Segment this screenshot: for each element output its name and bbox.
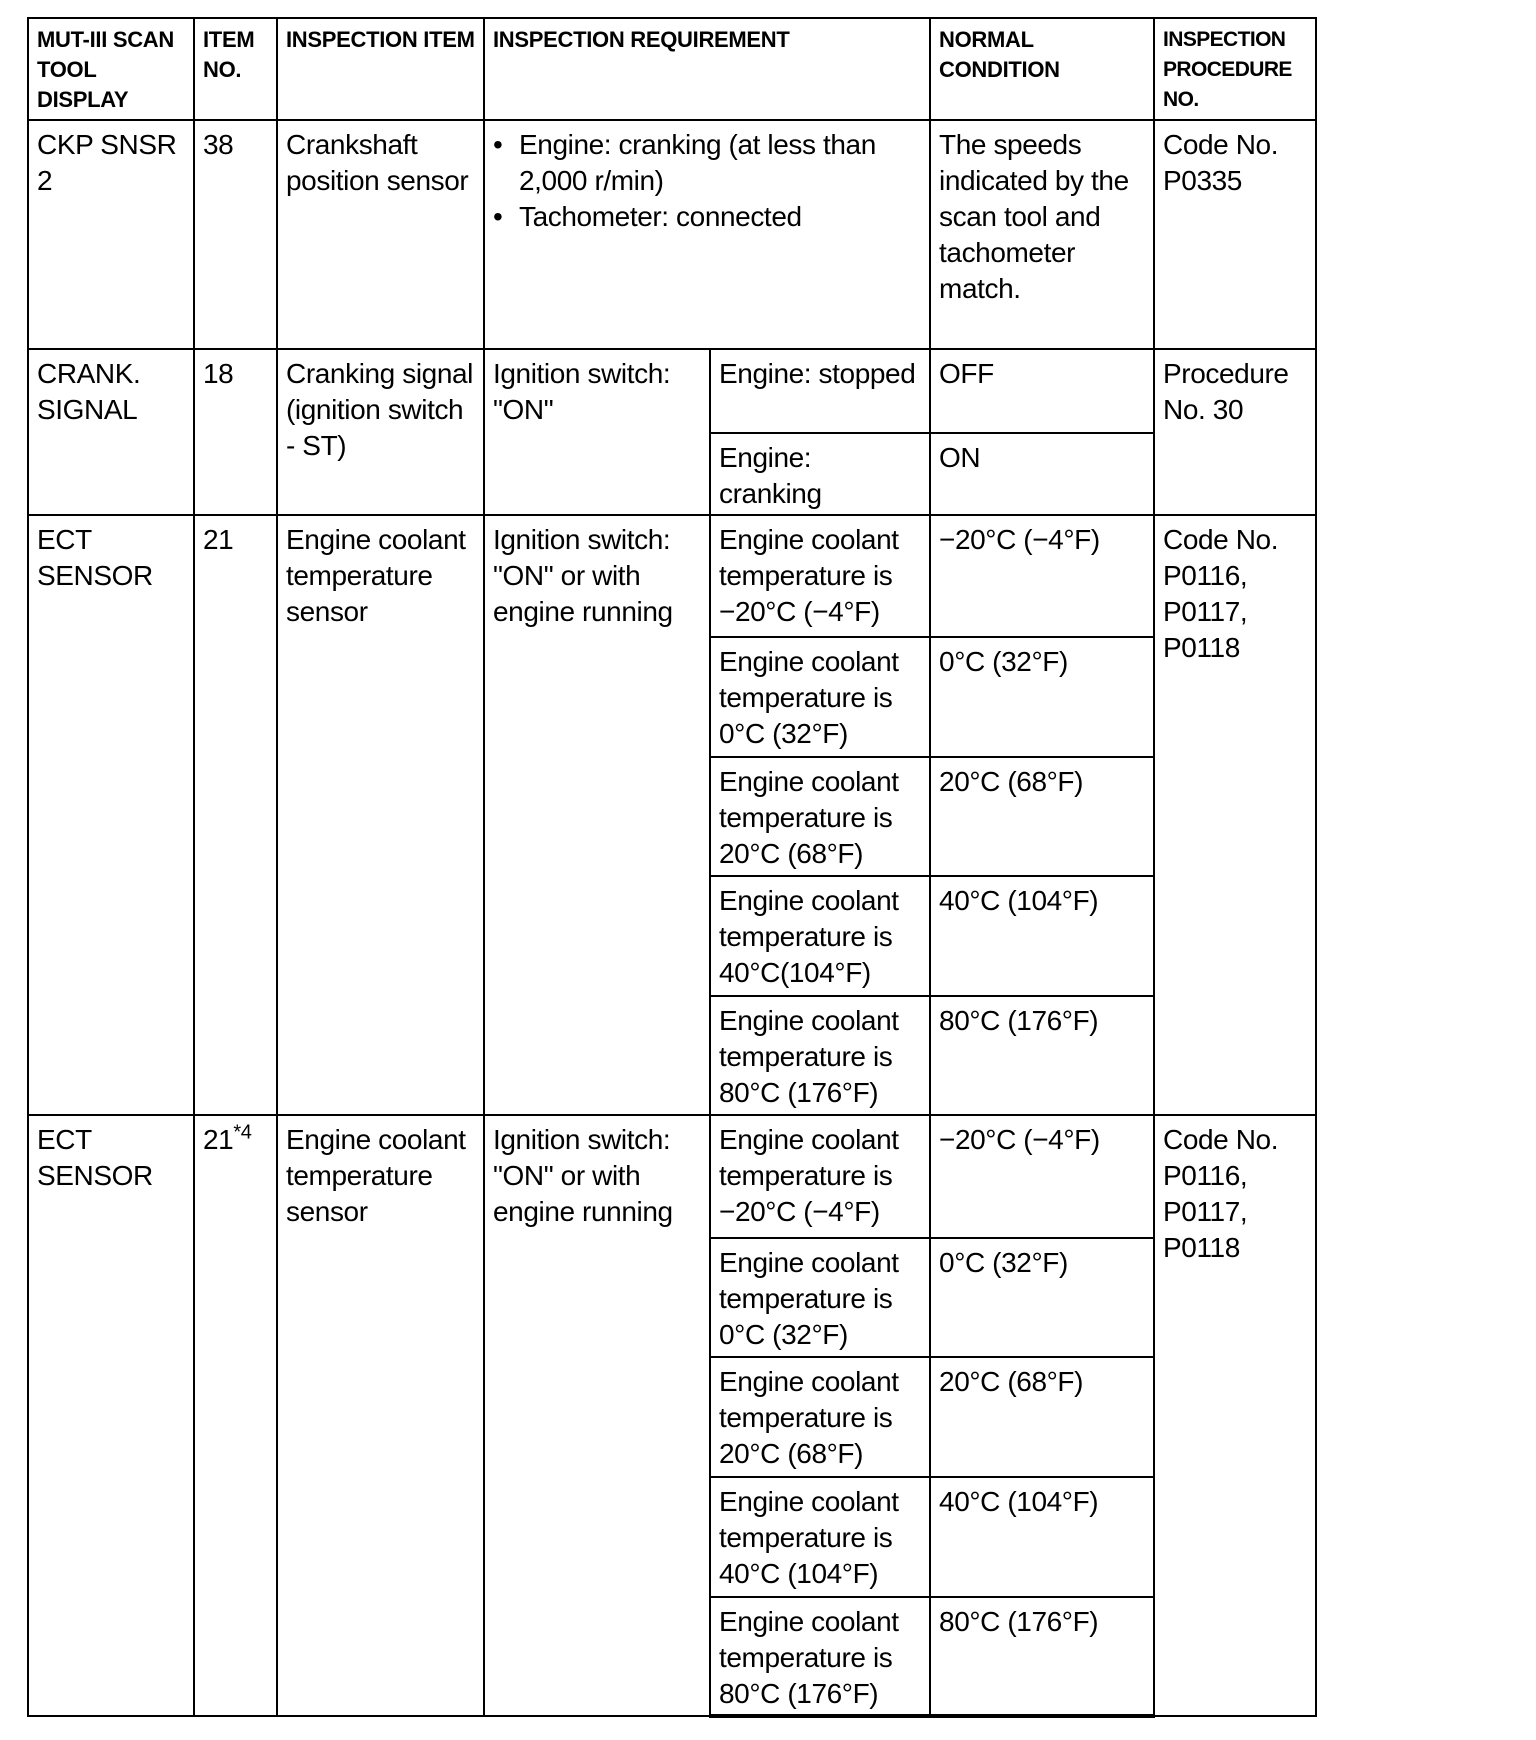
requirement-list: Engine: cranking (at less than 2,000 r/m… (493, 127, 921, 235)
cell-normal: OFF (930, 349, 1154, 433)
cell-item-no: 18 (194, 349, 277, 515)
table-row: CRANK. SIGNAL 18 Cranking signal (igniti… (28, 349, 1316, 433)
cell-condition: Engine coolant temperature is 20°C (68°F… (710, 757, 930, 876)
cell-requirement: Ignition switch: "ON" (484, 349, 710, 515)
cell-condition: Engine coolant temperature is −20°C (−4°… (710, 515, 930, 637)
cell-normal: The speeds indicated by the scan tool an… (930, 120, 1154, 349)
cell-normal: 40°C (104°F) (930, 1477, 1154, 1597)
cell-normal: 80°C (176°F) (930, 1597, 1154, 1716)
cell-normal: 20°C (68°F) (930, 757, 1154, 876)
cell-condition: Engine coolant temperature is 0°C (32°F) (710, 637, 930, 757)
cell-condition: Engine coolant temperature is 80°C (176°… (710, 1597, 930, 1716)
cell-procedure: Code No. P0116, P0117, P0118 (1154, 515, 1316, 1115)
cell-item-no: 38 (194, 120, 277, 349)
cell-condition: Engine coolant temperature is −20°C (−4°… (710, 1115, 930, 1238)
cell-normal: 80°C (176°F) (930, 996, 1154, 1115)
cell-condition: Engine coolant temperature is 40°C(104°F… (710, 876, 930, 996)
header-display: MUT-III SCAN TOOL DISPLAY (28, 18, 194, 120)
list-item: Engine: cranking (at less than 2,000 r/m… (519, 127, 921, 199)
table-row: ECT SENSOR 21*4 Engine coolant temperatu… (28, 1115, 1316, 1238)
item-no-value: 21 (203, 1124, 233, 1155)
inspection-table: MUT-III SCAN TOOL DISPLAY ITEM NO. INSPE… (27, 17, 1317, 1718)
cell-requirement: Ignition switch: "ON" or with engine run… (484, 515, 710, 1115)
cell-item: Cranking signal (ignition switch - ST) (277, 349, 484, 515)
cell-normal: 0°C (32°F) (930, 1238, 1154, 1357)
cell-item: Engine coolant temperature sensor (277, 1115, 484, 1716)
cell-normal: ON (930, 433, 1154, 515)
cell-condition: Engine coolant temperature is 0°C (32°F) (710, 1238, 930, 1357)
cell-normal: 20°C (68°F) (930, 1357, 1154, 1477)
cell-normal: −20°C (−4°F) (930, 1115, 1154, 1238)
cell-normal: 0°C (32°F) (930, 637, 1154, 757)
cell-procedure: Procedure No. 30 (1154, 349, 1316, 515)
cell-condition: Engine coolant temperature is 20°C (68°F… (710, 1357, 930, 1477)
cell-condition: Engine coolant temperature is 80°C (176°… (710, 996, 930, 1115)
cell-procedure: Code No. P0116, P0117, P0118 (1154, 1115, 1316, 1716)
cell-item-no: 21 (194, 515, 277, 1115)
cell-display: ECT SENSOR (28, 515, 194, 1115)
cell-item-no: 21*4 (194, 1115, 277, 1716)
cell-display: ECT SENSOR (28, 1115, 194, 1716)
cell-normal: −20°C (−4°F) (930, 515, 1154, 637)
footnote-marker: *4 (233, 1122, 251, 1144)
cell-condition: Engine coolant temperature is 40°C (104°… (710, 1477, 930, 1597)
cell-item: Crankshaft position sensor (277, 120, 484, 349)
cell-requirement: Engine: cranking (at less than 2,000 r/m… (484, 120, 930, 349)
cell-normal: 40°C (104°F) (930, 876, 1154, 996)
cell-item: Engine coolant temperature sensor (277, 515, 484, 1115)
list-item: Tachometer: connected (519, 199, 921, 235)
table-row: CKP SNSR 2 38 Crankshaft position sensor… (28, 120, 1316, 349)
cell-condition: Engine: stopped (710, 349, 930, 433)
cell-procedure: Code No. P0335 (1154, 120, 1316, 349)
header-row: MUT-III SCAN TOOL DISPLAY ITEM NO. INSPE… (28, 18, 1316, 120)
cell-condition: Engine: cranking (710, 433, 930, 515)
header-item-no: ITEM NO. (194, 18, 277, 120)
cell-display: CKP SNSR 2 (28, 120, 194, 349)
header-item: INSPECTION ITEM (277, 18, 484, 120)
header-requirement: INSPECTION REQUIREMENT (484, 18, 930, 120)
header-normal: NORMAL CONDITION (930, 18, 1154, 120)
cell-display: CRANK. SIGNAL (28, 349, 194, 515)
header-procedure: INSPECTION PROCEDURE NO. (1154, 18, 1316, 120)
cell-requirement: Ignition switch: "ON" or with engine run… (484, 1115, 710, 1716)
table-row: ECT SENSOR 21 Engine coolant temperature… (28, 515, 1316, 637)
